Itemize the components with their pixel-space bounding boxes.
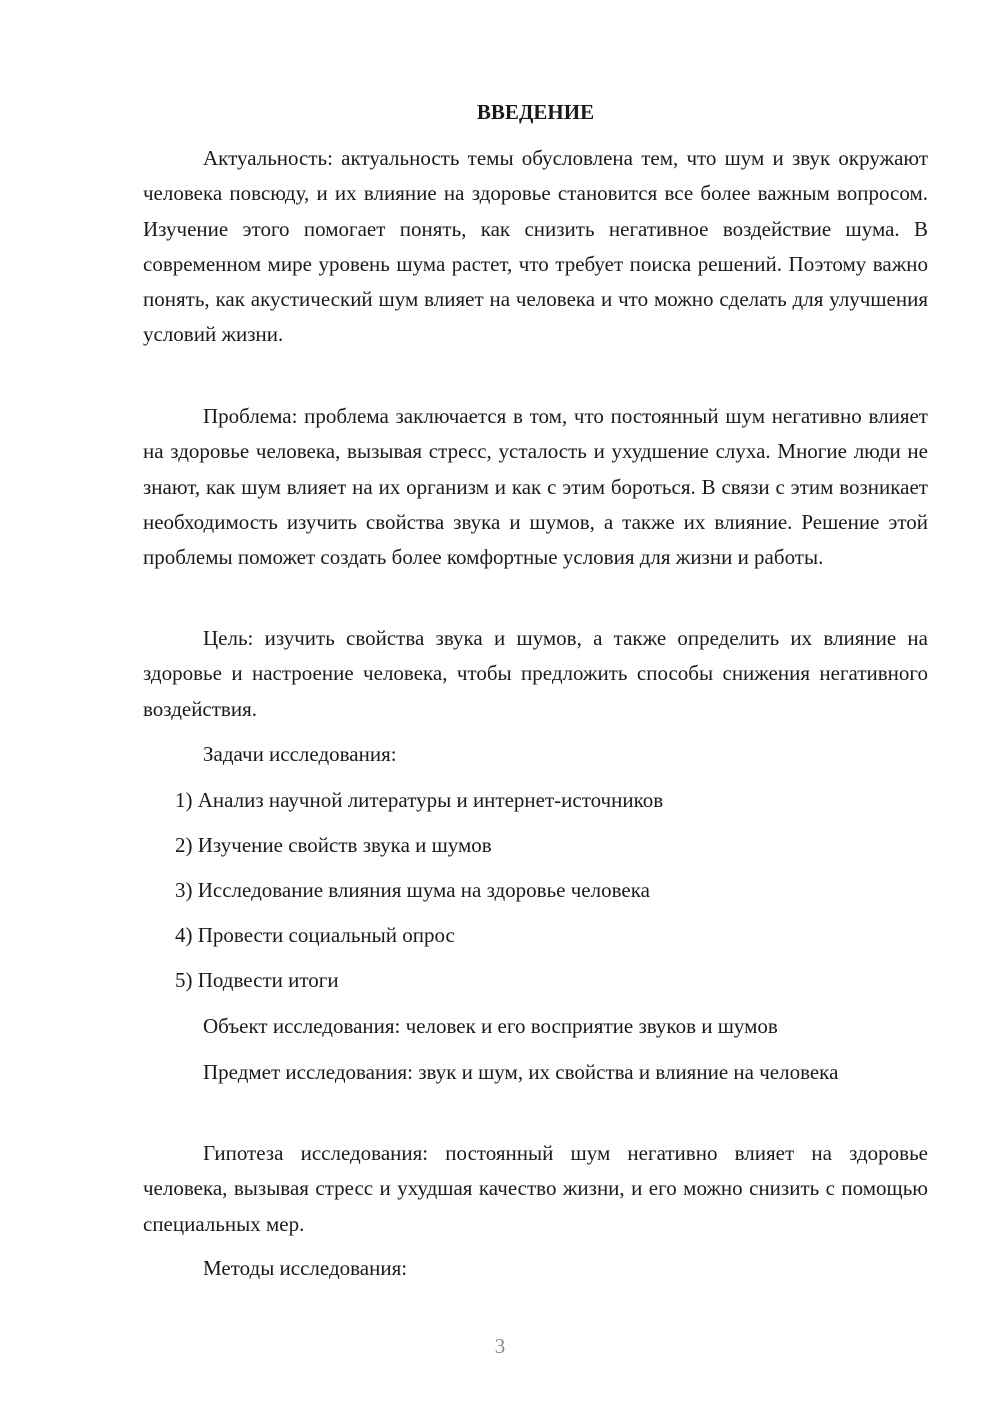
problem-paragraph: Проблема: проблема заключается в том, чт…	[143, 399, 928, 575]
task-item: 3) Исследование влияния шума на здоровье…	[175, 876, 650, 904]
page-number: 3	[0, 1334, 1000, 1359]
tasks-heading: Задачи исследования:	[203, 740, 397, 768]
relevance-paragraph: Актуальность: актуальность темы обусловл…	[143, 141, 928, 353]
task-item: 5) Подвести итоги	[175, 966, 339, 994]
section-title: ВВЕДЕНИЕ	[143, 98, 928, 126]
task-item: 1) Анализ научной литературы и интернет-…	[175, 786, 663, 814]
goal-paragraph: Цель: изучить свойства звука и шумов, а …	[143, 621, 928, 727]
task-item: 2) Изучение свойств звука и шумов	[175, 831, 492, 859]
methods-heading: Методы исследования:	[203, 1254, 407, 1282]
object-paragraph: Объект исследования: человек и его воспр…	[203, 1012, 778, 1040]
subject-paragraph: Предмет исследования: звук и шум, их сво…	[143, 1055, 928, 1090]
hypothesis-paragraph: Гипотеза исследования: постоянный шум не…	[143, 1136, 928, 1242]
task-item: 4) Провести социальный опрос	[175, 921, 455, 949]
